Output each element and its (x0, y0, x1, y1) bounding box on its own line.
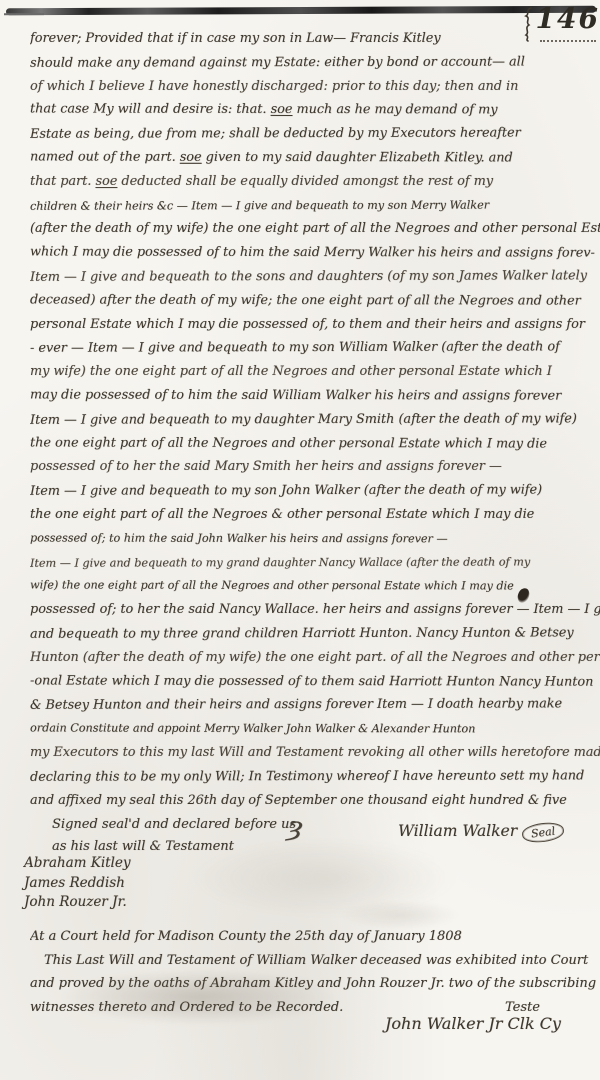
manuscript-line: wife) the one eight part of all the Negr… (30, 574, 600, 599)
manuscript-line: of which I believe I have honestly disch… (30, 75, 600, 99)
manuscript-line: forever; Provided that if in case my son… (30, 27, 600, 51)
manuscript-line: and affixed my seal this 26th day of Sep… (30, 789, 600, 813)
manuscript-line: that part. soe deducted shall be equally… (30, 170, 600, 194)
manuscript-line: possessed of to her the said Mary Smith … (30, 455, 600, 479)
manuscript-line: that case My will and desire is: that. s… (30, 98, 600, 123)
paper-stain (55, 968, 345, 1026)
manuscript-line: my wife) the one eight part of all the N… (30, 360, 600, 384)
witness-name: James Reddish (24, 874, 131, 894)
manuscript-line: Item — I give and bequeath to my son Joh… (30, 478, 600, 503)
manuscript-line: named out of the part. soe given to my s… (30, 145, 600, 170)
witness-name: John Rouzer Jr. (24, 893, 131, 913)
witness-list: Abraham KitleyJames ReddishJohn Rouzer J… (24, 854, 131, 913)
manuscript-line: declaring this to be my only Will; In Te… (30, 764, 600, 789)
testator-signature: William Walker (398, 822, 517, 840)
will-body: forever; Provided that if in case my son… (30, 27, 600, 819)
manuscript-line: children & their heirs &c — Item — I giv… (30, 193, 600, 218)
manuscript-line: (after the death of my wife) the one eig… (30, 217, 600, 241)
manuscript-line: possessed of; to him the said John Walke… (30, 526, 600, 551)
testator-signature-row: William WalkerSeal (398, 822, 564, 842)
seal-mark: Seal (521, 821, 565, 845)
manuscript-line: Item — I give and bequeath to my daughte… (30, 407, 600, 432)
manuscript-line: possessed of; to her the said Nancy Wall… (30, 598, 600, 622)
manuscript-line: the one eight part of all the Negroes & … (30, 503, 600, 527)
attestation-line: Signed seal'd and declared before us (52, 814, 296, 836)
manuscript-page: 146 forever; Provided that if in case my… (0, 0, 600, 1080)
clerk-signature: John Walker Jr Clk Cy (385, 1014, 561, 1033)
manuscript-line: Hunton (after the death of my wife) the … (30, 646, 600, 670)
manuscript-line: and bequeath to my three grand children … (30, 621, 600, 646)
scan-edge-line (6, 6, 596, 16)
witness-name: Abraham Kitley (24, 854, 131, 874)
manuscript-line: Estate as being, due from me; shall be d… (30, 121, 600, 146)
manuscript-line: may die possessed of to him the said Wil… (30, 383, 600, 408)
manuscript-line: Item — I give and bequeath to the sons a… (30, 264, 600, 289)
manuscript-line: ordain Constitute and appoint Merry Walk… (30, 717, 600, 742)
manuscript-line: should make any demand against my Estate… (30, 50, 600, 75)
manuscript-line: - ever — Item — I give and bequeath to m… (30, 336, 600, 361)
manuscript-line: the one eight part of all the Negroes an… (30, 431, 600, 456)
court-record-line: At a Court held for Madison County the 2… (30, 925, 600, 949)
manuscript-line: & Betsey Hunton and their heirs and assi… (30, 693, 600, 718)
teste-label: Teste (505, 1000, 540, 1015)
manuscript-line: which I may die possessed of to him the … (30, 241, 600, 266)
manuscript-line: my Executors to this my last Will and Te… (30, 741, 600, 765)
manuscript-line: personal Estate which I may die possesse… (30, 313, 600, 337)
court-record-line: This Last Will and Testament of William … (44, 949, 600, 973)
manuscript-line: deceased) after the death of my wife; th… (30, 288, 600, 313)
manuscript-line: -onal Estate which I may die possessed o… (30, 669, 600, 694)
paper-stain (340, 900, 460, 930)
manuscript-line: Item — I give and bequeath to my grand d… (30, 550, 600, 575)
